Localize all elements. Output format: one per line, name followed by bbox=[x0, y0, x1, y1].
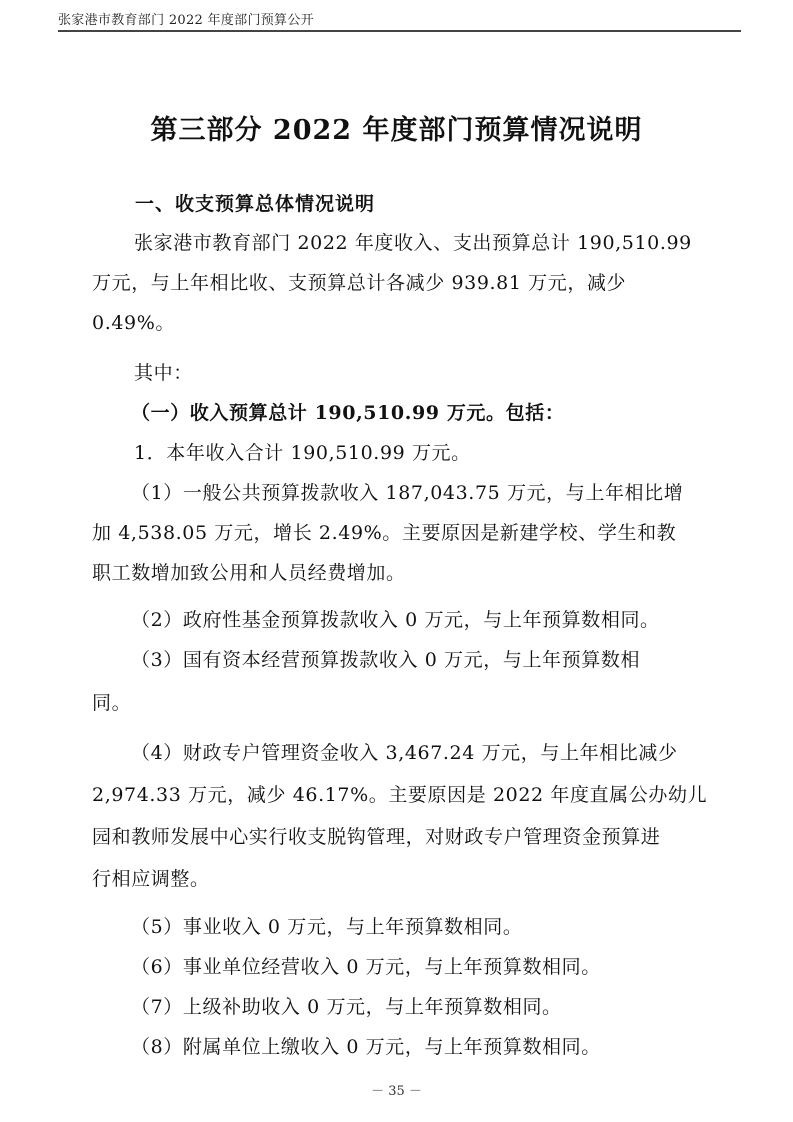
text-line: 万元，与上年相比收、支预算总计各减少 939.81 万元，减少 bbox=[92, 268, 626, 295]
item-1: 1．本年收入合计 190,510.99 万元。 bbox=[134, 438, 471, 465]
item-1-6: （6）事业单位经营收入 0 万元，与上年预算数相同。 bbox=[131, 952, 601, 979]
page-title: 第三部分 2022 年度部门预算情况说明 bbox=[0, 108, 793, 147]
text-line: （4）财政专户管理资金收入 3,467.24 万元，与上年相比减少 bbox=[131, 738, 678, 765]
text-line: 加 4,538.05 万元，增长 2.49%。主要原因是新建学校、学生和教 bbox=[92, 518, 676, 545]
text-line: 行相应调整。 bbox=[92, 864, 210, 891]
page-number: － 35 － bbox=[0, 1080, 793, 1099]
among-label: 其中： bbox=[134, 358, 193, 385]
text-line: 2,974.33 万元，减少 46.17%。主要原因是 2022 年度直属公办幼… bbox=[92, 780, 707, 807]
header-divider bbox=[58, 30, 741, 32]
section-heading: 一、收支预算总体情况说明 bbox=[135, 189, 375, 216]
text-line: 0.49%。 bbox=[92, 308, 175, 335]
income-subheading: （一）收入预算总计 190,510.99 万元。包括： bbox=[131, 398, 564, 425]
item-1-2: （2）政府性基金预算拨款收入 0 万元，与上年预算数相同。 bbox=[131, 605, 660, 632]
text-line: 张家港市教育部门 2022 年度收入、支出预算总计 190,510.99 bbox=[134, 228, 692, 255]
text-line: 同。 bbox=[92, 688, 131, 715]
item-1-5: （5）事业收入 0 万元，与上年预算数相同。 bbox=[131, 912, 522, 939]
item-1-8: （8）附属单位上缴收入 0 万元，与上年预算数相同。 bbox=[131, 1032, 601, 1059]
text-line: 园和教师发展中心实行收支脱钩管理，对财政专户管理资金预算进 bbox=[92, 822, 660, 849]
text-line: 职工数增加致公用和人员经费增加。 bbox=[92, 558, 406, 585]
header-title: 张家港市教育部门 2022 年度部门预算公开 bbox=[58, 9, 314, 28]
text-line: （3）国有资本经营预算拨款收入 0 万元，与上年预算数相 bbox=[131, 645, 640, 672]
item-1-7: （7）上级补助收入 0 万元，与上年预算数相同。 bbox=[131, 992, 562, 1019]
text-line: （1）一般公共预算拨款收入 187,043.75 万元，与上年相比增 bbox=[131, 478, 683, 505]
